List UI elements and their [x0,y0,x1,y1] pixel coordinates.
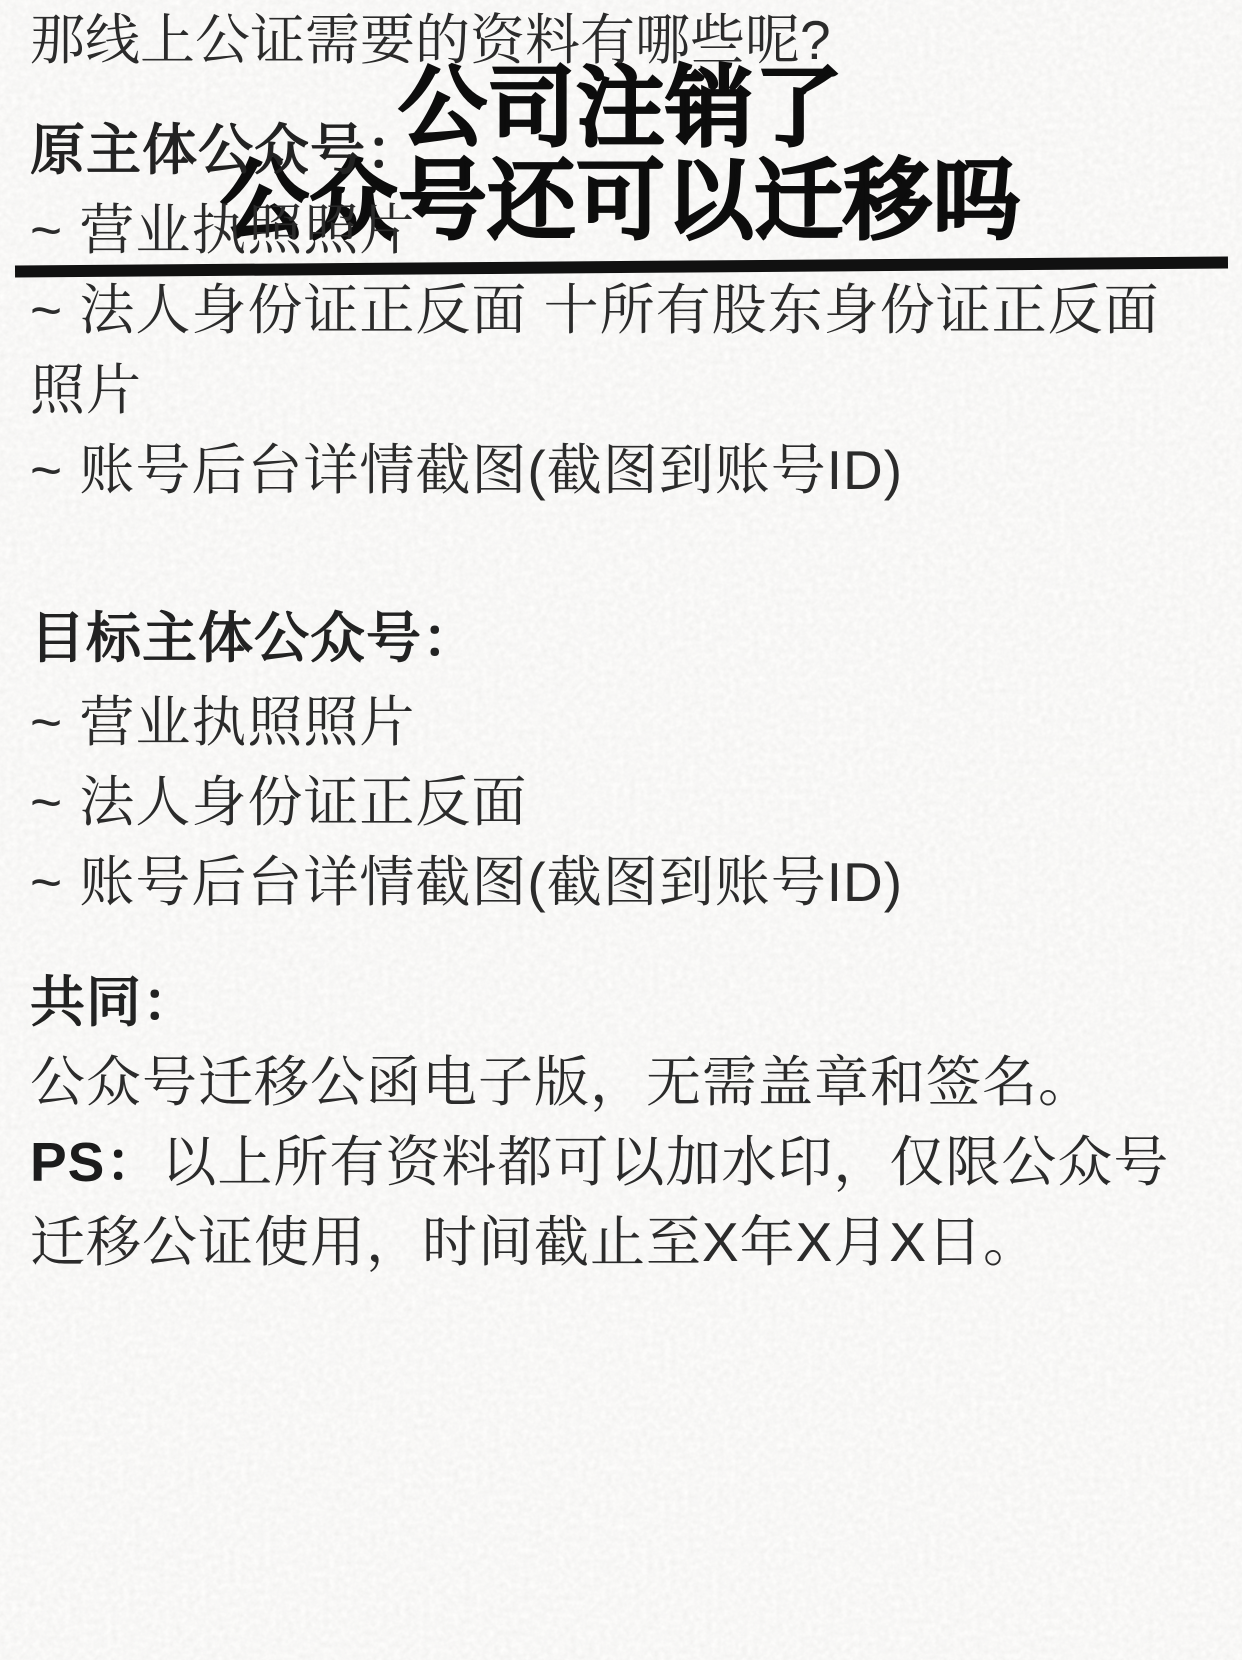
section-common-heading: 共同： [30,962,1212,1042]
requirement-item-id-cards: ~ 法人身份证正反面 十所有股东身份证正反面 照片 [30,270,1212,430]
poster-page: 公司注销了 公众号还可以迁移吗 那线上公证需要的资料有哪些呢? 原主体公众号： … [0,0,1242,1660]
postscript: PS：以上所有资料都可以加水印，仅限公众号 迁移公证使用，时间截止至X年X月X日… [30,1122,1212,1282]
requirement-item-backend-screenshot: ~ 账号后台详情截图(截图到账号ID) [30,430,1212,510]
intro-question: 那线上公证需要的资料有哪些呢? [30,0,1212,80]
requirement-item-business-license: ~ 营业执照照片 [30,682,1212,762]
section-target-heading: 目标主体公众号： [30,598,1212,678]
section-original-account: 原主体公众号： ~ 营业执照照片 ~ 法人身份证正反面 十所有股东身份证正反面 … [30,110,1212,510]
section-common: 共同： 公众号迁移公函电子版，无需盖章和签名。 [30,962,1212,1122]
requirement-item-backend-screenshot: ~ 账号后台详情截图(截图到账号ID) [30,842,1212,922]
ps-text: 以上所有资料都可以加水印，仅限公众号 迁移公证使用，时间截止至X年X月X日。 [30,1131,1169,1273]
section-original-heading: 原主体公众号： [30,110,1212,190]
requirement-item-business-license: ~ 营业执照照片 [30,190,1212,270]
requirement-item-id-cards: ~ 法人身份证正反面 [30,762,1212,842]
section-target-account: 目标主体公众号： ~ 营业执照照片 ~ 法人身份证正反面 ~ 账号后台详情截图(… [30,598,1212,922]
ps-label: PS： [30,1131,161,1193]
common-requirement-letter: 公众号迁移公函电子版，无需盖章和签名。 [30,1042,1212,1122]
poster-body: 那线上公证需要的资料有哪些呢? 原主体公众号： ~ 营业执照照片 ~ 法人身份证… [30,0,1212,1282]
